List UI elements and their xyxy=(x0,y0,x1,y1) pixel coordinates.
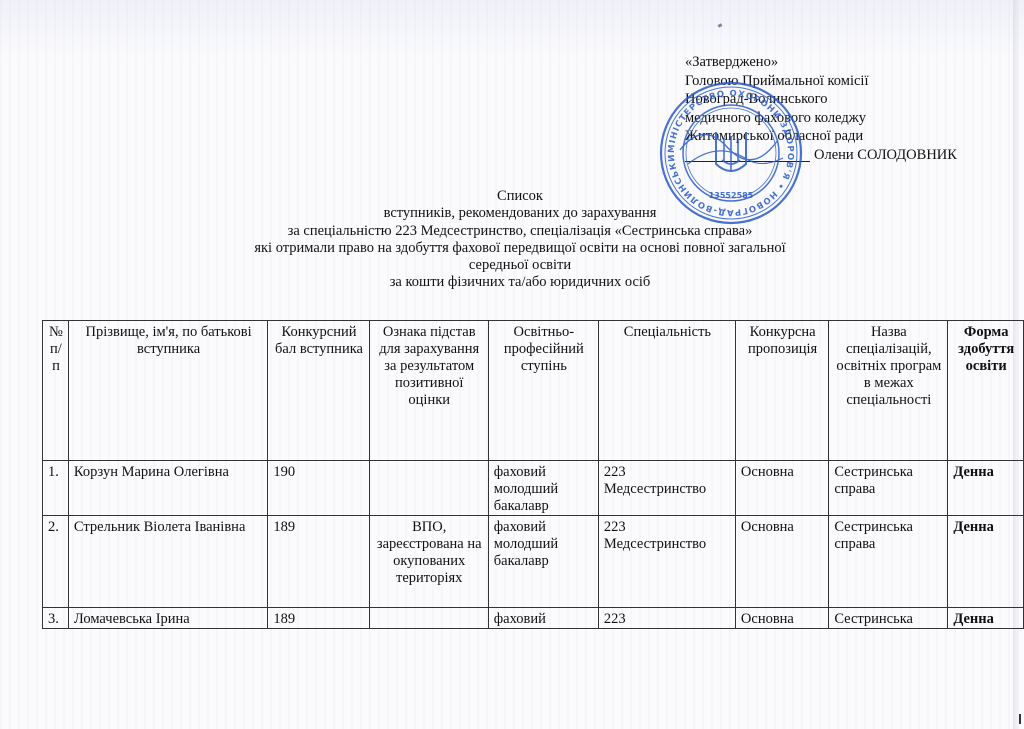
cell-name: Ломачевська Ірина xyxy=(68,608,267,629)
cell-number: 2. xyxy=(43,516,69,608)
cell-basis: ВПО, зареєстрована на окупованих територ… xyxy=(369,516,488,608)
header-degree: Освітньо-професійний ступінь xyxy=(488,321,598,461)
table-header-row: № п/ п Прізвище, ім'я, по батькові вступ… xyxy=(43,321,1024,461)
applicants-table: № п/ п Прізвище, ім'я, по батькові вступ… xyxy=(42,320,1024,629)
cell-score: 189 xyxy=(268,516,369,608)
cell-specialty: 223 Медсестринство xyxy=(598,461,735,516)
table-row: 2. Стрельник Віолета Іванівна 189 ВПО, з… xyxy=(43,516,1024,608)
cell-number: 1. xyxy=(43,461,69,516)
header-specialty: Спеціальність xyxy=(598,321,735,461)
header-name: Прізвище, ім'я, по батькові вступника xyxy=(68,321,267,461)
cell-specialty: 223 xyxy=(598,608,735,629)
title-line: Список xyxy=(150,188,890,205)
table-row: 3. Ломачевська Ірина 189 фаховий 223 Осн… xyxy=(43,608,1024,629)
cell-form: Денна xyxy=(948,608,1024,629)
header-score: Конкурсний бал вступника xyxy=(268,321,369,461)
document-title: Список вступників, рекомендованих до зар… xyxy=(150,188,890,292)
cell-offer: Основна xyxy=(735,516,828,608)
title-line: середньої освіти xyxy=(150,257,890,274)
cell-degree: фаховий молодший бакалавр xyxy=(488,516,598,608)
title-line: які отримали право на здобуття фахової п… xyxy=(150,240,890,257)
scan-speck xyxy=(718,23,723,28)
title-line: за спеціальністю 223 Медсестринство, спе… xyxy=(150,223,890,240)
header-offer: Конкурсна пропозиція xyxy=(735,321,828,461)
cell-name: Корзун Марина Олегівна xyxy=(68,461,267,516)
header-basis: Ознака підстав для зарахування за резуль… xyxy=(369,321,488,461)
cell-score: 189 xyxy=(268,608,369,629)
approval-line: Новоград-Волинського xyxy=(685,90,957,109)
cell-basis xyxy=(369,461,488,516)
header-number: № п/ п xyxy=(43,321,69,461)
approval-line: «Затверджено» xyxy=(685,53,957,72)
cell-number: 3. xyxy=(43,608,69,629)
cell-offer: Основна xyxy=(735,461,828,516)
cell-specialization: Сестринська xyxy=(829,608,948,629)
cell-name: Стрельник Віолета Іванівна xyxy=(68,516,267,608)
cell-specialization: Сестринська справа xyxy=(829,461,948,516)
cell-specialization: Сестринська справа xyxy=(829,516,948,608)
approval-line: медичного фахового коледжу xyxy=(685,109,957,128)
cell-score: 190 xyxy=(268,461,369,516)
cell-degree: фаховий xyxy=(488,608,598,629)
cell-offer: Основна xyxy=(735,608,828,629)
scan-edge-mark xyxy=(1019,714,1021,724)
cell-degree: фаховий молодший бакалавр xyxy=(488,461,598,516)
approval-line: Головою Приймальної комісії xyxy=(685,72,957,91)
approval-block: «Затверджено» Головою Приймальної комісі… xyxy=(685,53,957,165)
cell-specialty: 223 Медсестринство xyxy=(598,516,735,608)
title-line: вступників, рекомендованих до зарахуванн… xyxy=(150,205,890,222)
cell-form: Денна xyxy=(948,461,1024,516)
cell-basis xyxy=(369,608,488,629)
header-form: Форма здобуття освіти xyxy=(948,321,1024,461)
title-line: за кошти фізичних та/або юридичних осіб xyxy=(150,274,890,291)
signature-line xyxy=(685,161,810,162)
cell-form: Денна xyxy=(948,516,1024,608)
table-row: 1. Корзун Марина Олегівна 190 фаховий мо… xyxy=(43,461,1024,516)
header-specialization: Назва спеціалізацій, освітніх програм в … xyxy=(829,321,948,461)
approval-line: Житомирської обласної ради xyxy=(685,127,957,146)
